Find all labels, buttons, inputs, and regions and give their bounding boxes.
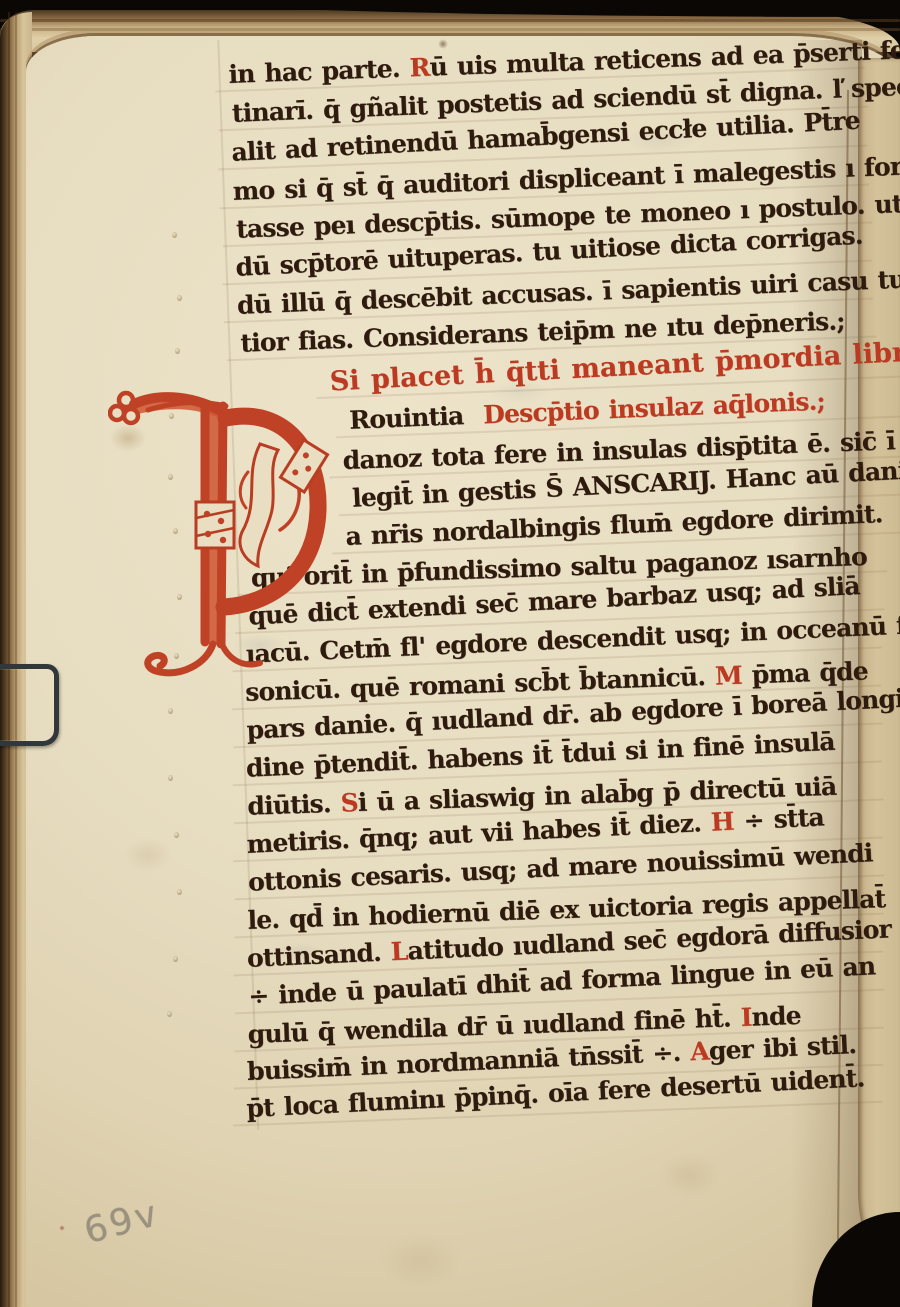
text-segment: M xyxy=(714,661,742,691)
text-segment: A xyxy=(690,1037,710,1067)
text-segment: ÷ st̄ta xyxy=(733,802,824,835)
pricking-hole xyxy=(172,232,177,238)
text-segment: ger ibi stil. xyxy=(708,1030,857,1066)
page-edge-seam xyxy=(15,12,17,1307)
text-segment: Rouintia xyxy=(349,400,484,434)
text-segment: nde xyxy=(751,1001,801,1032)
text-segment: H xyxy=(710,807,734,837)
pricking-hole xyxy=(175,348,180,354)
initial-p-artwork xyxy=(108,380,340,682)
text-segment: diūtis. xyxy=(247,789,341,821)
text-segment: p̄ma q̄de xyxy=(741,656,868,689)
text-segment: ottinsand. xyxy=(246,937,391,973)
text-segment: S xyxy=(340,788,358,818)
text-segment: L xyxy=(390,937,408,967)
text-segment: R xyxy=(409,53,430,83)
pricking-hole xyxy=(177,889,182,895)
pricking-hole xyxy=(177,295,182,301)
decorated-initial-p: P xyxy=(108,380,340,682)
binding-clip xyxy=(0,664,59,746)
pricking-hole xyxy=(173,956,178,962)
page-edge-seam xyxy=(8,12,10,1307)
text-segment: Descp̄tio insulaz aq̄lonis.; xyxy=(483,386,826,429)
